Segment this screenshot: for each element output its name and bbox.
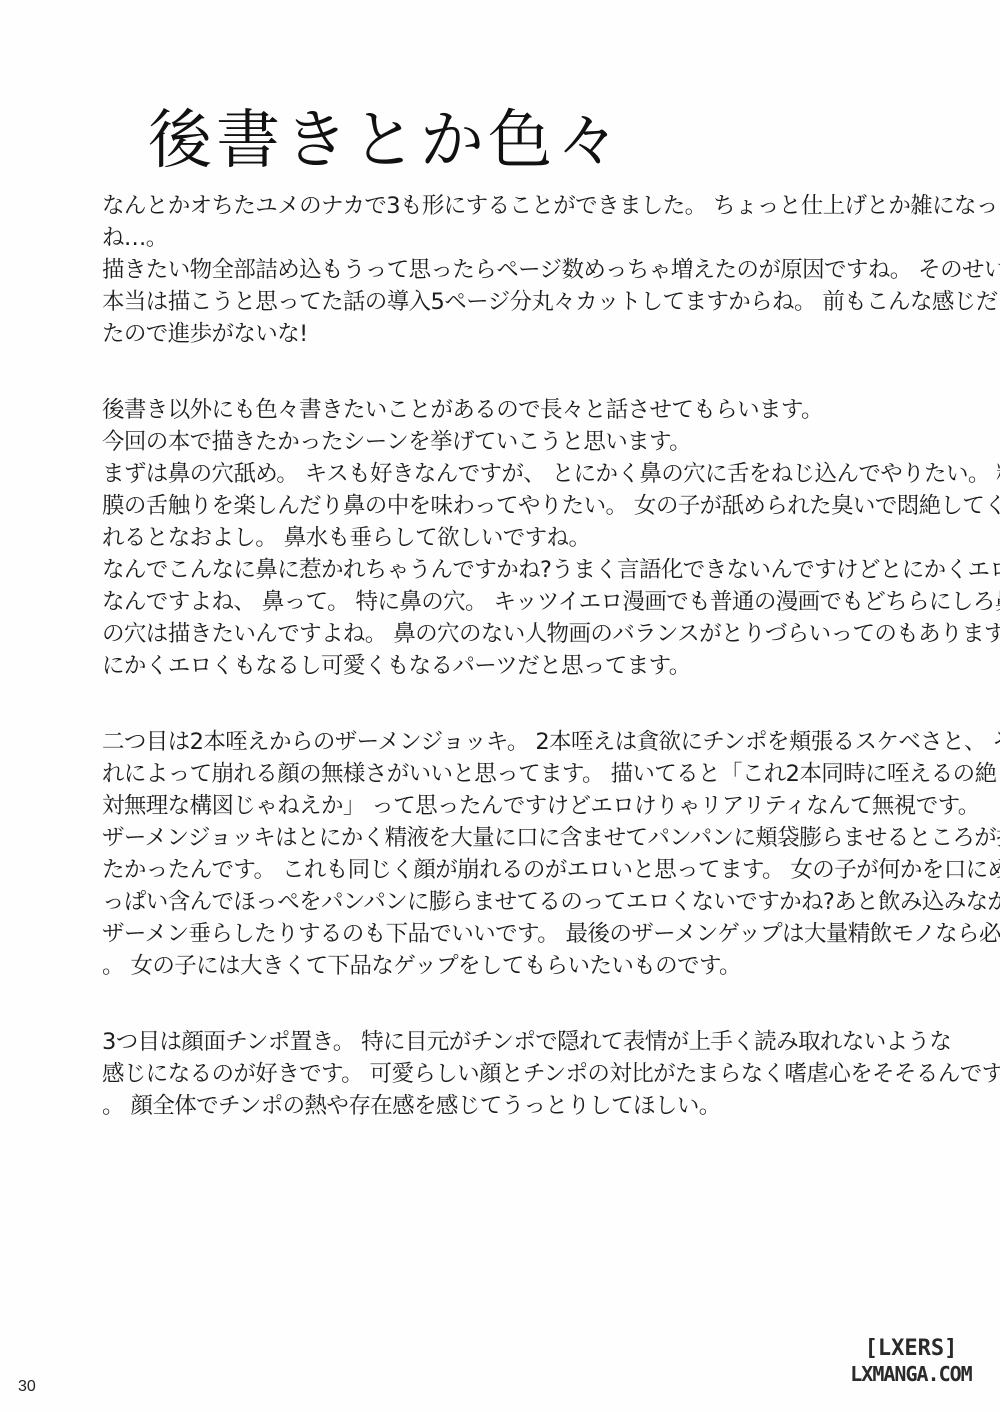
text-line: まずは鼻の穴舐め。 キスも好きなんですが、 とにかく鼻の穴に舌をねじ込んでやりた… — [102, 458, 932, 490]
watermark-line-2: LXMANGA.COM — [836, 1364, 986, 1384]
paragraph-4: 3つ目は顔面チンポ置き。 特に目元がチンポで隠れて表情が上手く読み取れないような… — [102, 1026, 932, 1122]
text-line: ね…。 — [102, 222, 932, 254]
text-line: なんですよね、 鼻って。 特に鼻の穴。 キッツイエロ漫画でも普通の漫画でもどちら… — [102, 586, 932, 618]
paragraph-1: なんとかオちたユメのナカで3も形にすることができました。 ちょっと仕上げとか雑に… — [102, 190, 932, 350]
watermark-logo: [LXERS] LXMANGA.COM — [836, 1338, 986, 1384]
watermark-line-1: [LXERS] — [836, 1338, 986, 1360]
text-line: 3つ目は顔面チンポ置き。 特に目元がチンポで隠れて表情が上手く読み取れないような — [102, 1026, 932, 1058]
document-page: 後書きとか色々 なんとかオちたユメのナカで3も形にすることができました。 ちょっ… — [0, 0, 1000, 1412]
text-line: 描きたい物全部詰め込もうって思ったらページ数めっちゃ増えたのが原因ですね。 その… — [102, 254, 932, 286]
paragraph-3: 二つ目は2本咥えからのザーメンジョッキ。 2本咥えは貪欲にチンポを頬張るスケベさ… — [102, 726, 932, 982]
afterword-body: なんとかオちたユメのナカで3も形にすることができました。 ちょっと仕上げとか雑に… — [102, 190, 932, 1122]
text-line: 後書き以外にも色々書きたいことがあるので長々と話させてもらいます。 — [102, 394, 932, 426]
text-line: 今回の本で描きたかったシーンを挙げていこうと思います。 — [102, 426, 932, 458]
text-line: 。 顔全体でチンポの熱や存在感を感じてうっとりしてほしい。 — [102, 1090, 932, 1122]
text-line: 二つ目は2本咥えからのザーメンジョッキ。 2本咥えは貪欲にチンポを頬張るスケベさ… — [102, 726, 932, 758]
text-line: たので進歩がないな! — [102, 318, 932, 350]
text-line: なんでこんなに鼻に惹かれちゃうんですかね?うまく言語化できないんですけどとにかく… — [102, 554, 932, 586]
text-line: 感じになるのが好きです。 可愛らしい顔とチンポの対比がたまらなく嗜虐心をそそるん… — [102, 1058, 932, 1090]
page-number: 30 — [18, 1378, 36, 1396]
text-line: 本当は描こうと思ってた話の導入5ページ分丸々カットしてますからね。 前もこんな感… — [102, 286, 932, 318]
page-title: 後書きとか色々 — [148, 101, 624, 181]
text-line: れるとなおよし。 鼻水も垂らして欲しいですね。 — [102, 522, 932, 554]
text-line: ザーメンジョッキはとにかく精液を大量に口に含ませてパンパンに頬袋膨らませるところ… — [102, 822, 932, 854]
text-line: なんとかオちたユメのナカで3も形にすることができました。 ちょっと仕上げとか雑に… — [102, 190, 932, 222]
paragraph-gap — [102, 982, 932, 1026]
paragraph-2: 後書き以外にも色々書きたいことがあるので長々と話させてもらいます。 今回の本で描… — [102, 394, 932, 682]
text-line: ザーメン垂らしたりするのも下品でいいです。 最後のザーメンゲップは大量精飲モノな… — [102, 918, 932, 950]
text-line: たかったんです。 これも同じく顔が崩れるのがエロいと思ってます。 女の子が何かを… — [102, 854, 932, 886]
text-line: にかくエロくもなるし可愛くもなるパーツだと思ってます。 — [102, 650, 932, 682]
text-line: れによって崩れる顔の無様さがいいと思ってます。 描いてると「これ2本同時に咥える… — [102, 758, 932, 790]
text-line: っぱい含んでほっぺをパンパンに膨らませてるのってエロくないですかね?あと飲み込み… — [102, 886, 932, 918]
paragraph-gap — [102, 350, 932, 394]
text-line: の穴は描きたいんですよね。 鼻の穴のない人物画のバランスがとりづらいってのもあり… — [102, 618, 932, 650]
text-line: 。 女の子には大きくて下品なゲップをしてもらいたいものです。 — [102, 950, 932, 982]
text-line: 対無理な構図じゃねえか」 って思ったんですけどエロけりゃリアリティなんて無視です… — [102, 790, 932, 822]
text-line: 膜の舌触りを楽しんだり鼻の中を味わってやりたい。 女の子が舐められた臭いで悶絶し… — [102, 490, 932, 522]
paragraph-gap — [102, 682, 932, 726]
